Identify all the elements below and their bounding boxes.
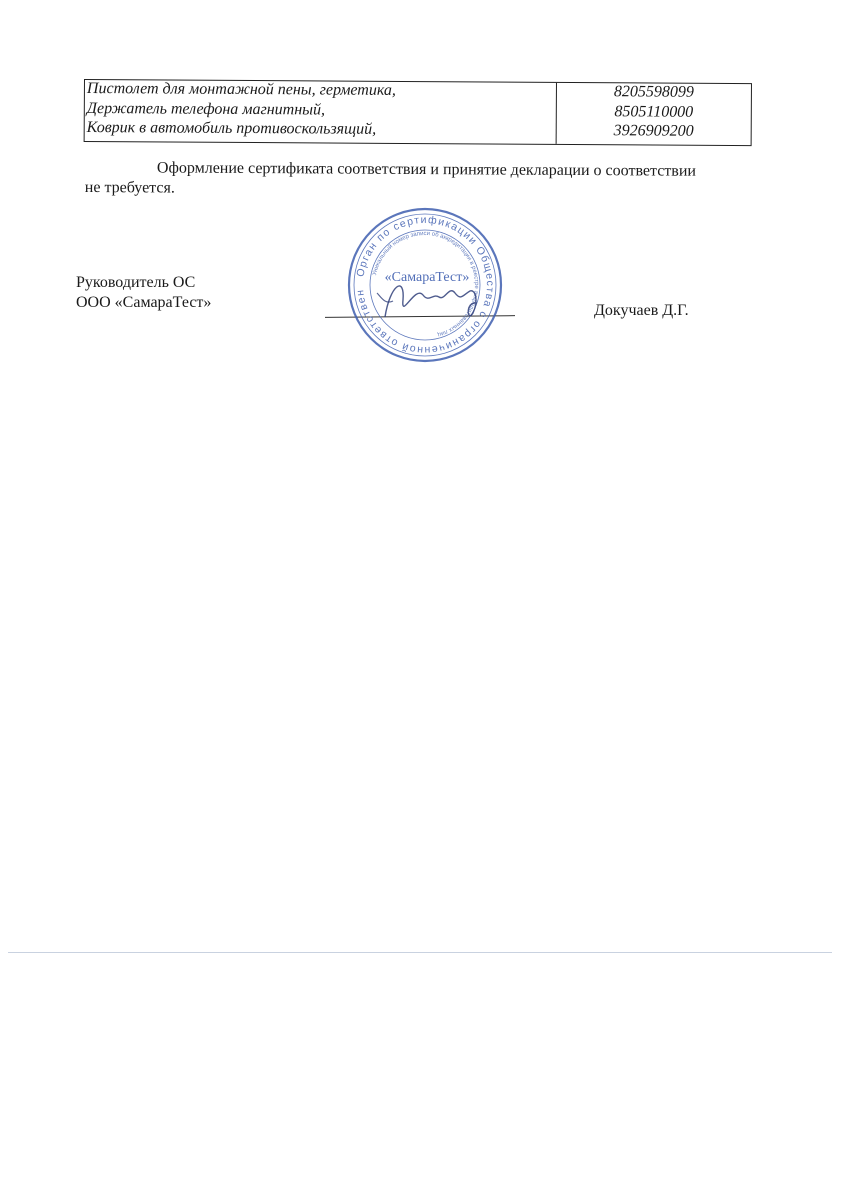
tnved-code: 8205598099 bbox=[557, 82, 751, 103]
tnved-code: 8505110000 bbox=[557, 101, 751, 122]
product-name: Коврик в автомобиль противоскользящий, bbox=[87, 118, 556, 140]
paragraph-line: не требуется. bbox=[85, 178, 765, 202]
product-name: Пистолет для монтажной пены, герметика, bbox=[87, 79, 556, 101]
organization-stamp-icon: Орган по сертификации Общества с огранич… bbox=[345, 205, 505, 365]
svg-text:«СамараТест»: «СамараТест» bbox=[385, 270, 470, 285]
page-separator bbox=[8, 952, 832, 953]
signatory-name: Докучаев Д.Г. bbox=[594, 302, 689, 320]
signatory-organization: ООО «СамараТест» bbox=[76, 293, 211, 313]
signatory-position: Руководитель ОС bbox=[76, 273, 211, 293]
tnved-code: 3926909200 bbox=[557, 121, 751, 142]
products-column: Пистолет для монтажной пены, герметика, … bbox=[85, 80, 557, 144]
signatory-title: Руководитель ОС ООО «СамараТест» bbox=[76, 273, 211, 313]
codes-column: 8205598099 8505110000 3926909200 bbox=[557, 83, 751, 145]
paragraph-line: Оформление сертификата соответствия и пр… bbox=[85, 158, 765, 182]
products-table: Пистолет для монтажной пены, герметика, … bbox=[84, 79, 752, 146]
conclusion-paragraph: Оформление сертификата соответствия и пр… bbox=[85, 158, 765, 202]
